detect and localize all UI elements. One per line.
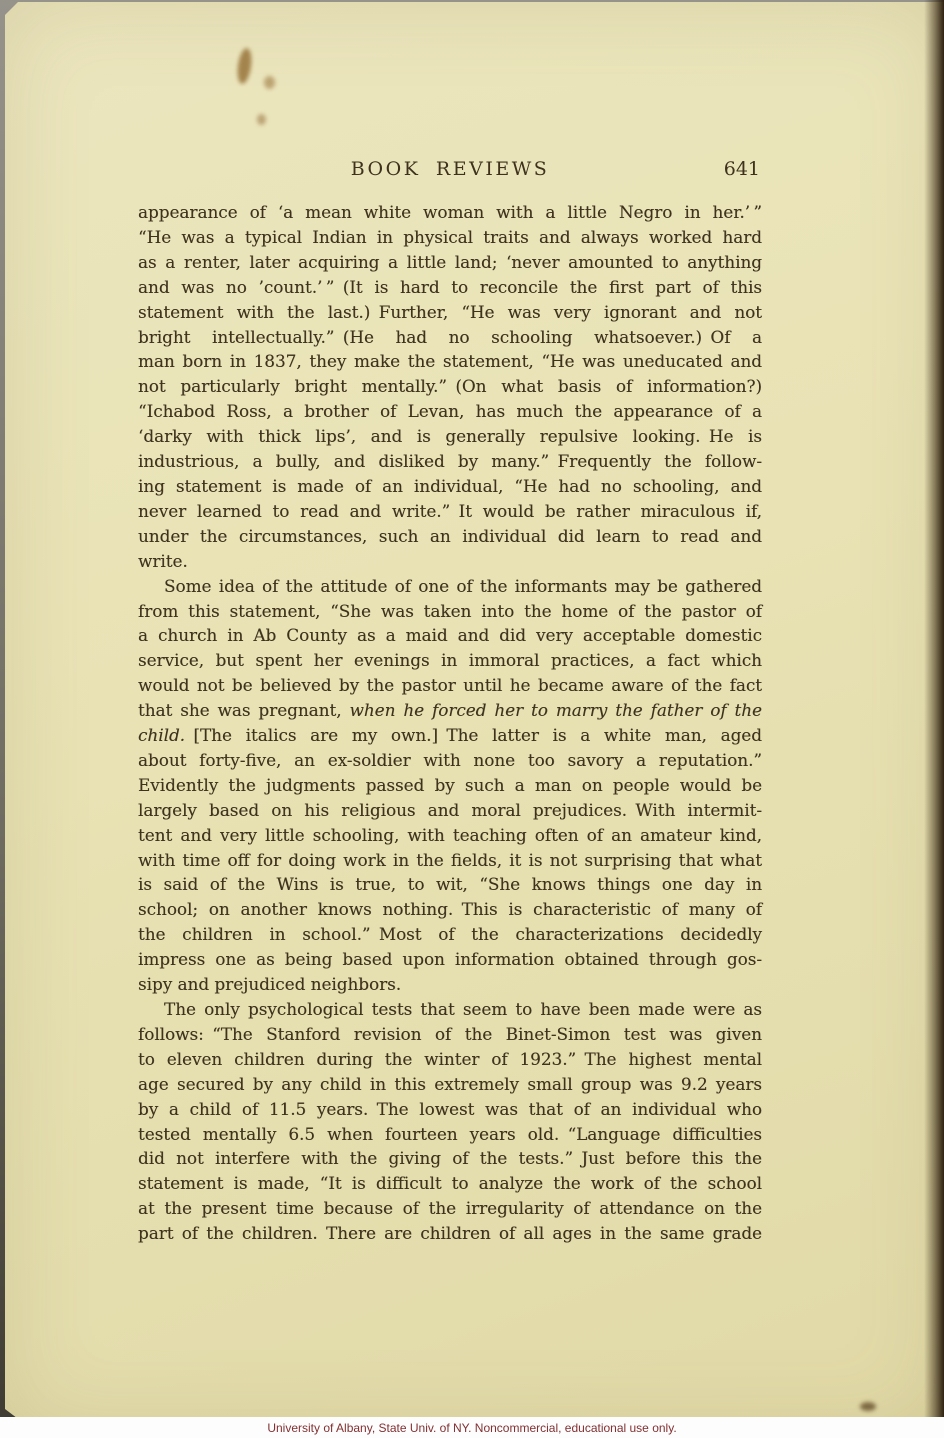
watermark-text: University of Albany, State Univ. of NY.… xyxy=(267,1421,676,1435)
text-segment: appearance of ‘a mean white woman with a… xyxy=(138,202,762,222)
text-segment: Some idea of the attitude of one of the … xyxy=(164,576,762,596)
text-segment: a church in Ab County as a maid and did … xyxy=(138,625,762,645)
text-segment: that she was pregnant, xyxy=(138,700,350,720)
text-segment: would not be believed by the pastor unti… xyxy=(138,675,762,695)
italic-text-segment: when he forced her to marry the father o… xyxy=(350,700,763,720)
text-line: as a renter, later acquiring a little la… xyxy=(138,250,762,275)
text-segment: by a child of 11.5 years. The lowest was… xyxy=(138,1099,762,1119)
text-segment: industrious, a bully, and disliked by ma… xyxy=(138,451,762,471)
text-line: impress one as being based upon informat… xyxy=(138,947,762,972)
text-line: from this statement, “She was taken into… xyxy=(138,599,762,624)
text-segment: age secured by any child in this extreme… xyxy=(138,1074,762,1094)
text-line: tent and very little schooling, with tea… xyxy=(138,823,762,848)
paragraph: appearance of ‘a mean white woman with a… xyxy=(138,200,762,574)
text-segment: did not interfere with the giving of the… xyxy=(138,1148,762,1168)
text-line: industrious, a bully, and disliked by ma… xyxy=(138,449,762,474)
text-segment: bright intellectually.” (He had no schoo… xyxy=(138,327,762,347)
text-line: age secured by any child in this extreme… xyxy=(138,1072,762,1097)
text-line: by a child of 11.5 years. The lowest was… xyxy=(138,1097,762,1122)
text-segment: tent and very little schooling, with tea… xyxy=(138,825,762,845)
text-segment: not particularly bright mentally.” (On w… xyxy=(138,376,762,396)
text-segment: is said of the Wins is true, to wit, “Sh… xyxy=(138,874,762,894)
text-segment: sipy and prejudiced neighbors. xyxy=(138,974,401,994)
text-segment: impress one as being based upon informat… xyxy=(138,949,762,969)
text-line: would not be believed by the pastor unti… xyxy=(138,673,762,698)
stain-mark xyxy=(264,76,275,89)
text-segment: man born in 1837, they make the statemen… xyxy=(138,351,762,371)
text-line: sipy and prejudiced neighbors. xyxy=(138,972,762,997)
text-segment: tested mentally 6.5 when fourteen years … xyxy=(138,1124,762,1144)
text-segment: write. xyxy=(138,551,188,571)
text-segment: and was no ’count.’ ” (It is hard to rec… xyxy=(138,277,762,297)
paragraph: Some idea of the attitude of one of the … xyxy=(138,574,762,997)
text-line: about forty-five, an ex-soldier with non… xyxy=(138,748,762,773)
page-number: 641 xyxy=(724,158,760,180)
text-segment: [The italics are my own.] The latter is … xyxy=(185,725,762,745)
paragraph: The only psychological tests that seem t… xyxy=(138,997,762,1246)
text-line: The only psychological tests that seem t… xyxy=(138,997,762,1022)
text-segment: statement is made, “It is difficult to a… xyxy=(138,1173,762,1193)
text-segment: ‘darky with thick lips’, and is generall… xyxy=(138,426,762,446)
text-line: never learned to read and write.” It wou… xyxy=(138,499,762,524)
text-line: Some idea of the attitude of one of the … xyxy=(138,574,762,599)
text-line: man born in 1837, they make the statemen… xyxy=(138,349,762,374)
book-edge-shadow xyxy=(924,0,944,1417)
page-header: BOOK REVIEWS 641 xyxy=(138,158,762,182)
text-segment: part of the children. There are children… xyxy=(138,1223,762,1243)
text-line: school; on another knows nothing. This i… xyxy=(138,897,762,922)
text-line: did not interfere with the giving of the… xyxy=(138,1146,762,1171)
text-line: ing statement is made of an individual, … xyxy=(138,474,762,499)
page-body: appearance of ‘a mean white woman with a… xyxy=(138,200,762,1246)
text-segment: at the present time because of the irreg… xyxy=(138,1198,762,1218)
text-line: is said of the Wins is true, to wit, “Sh… xyxy=(138,872,762,897)
text-line: largely based on his religious and moral… xyxy=(138,798,762,823)
text-line: ‘darky with thick lips’, and is generall… xyxy=(138,424,762,449)
text-segment: with time off for doing work in the fiel… xyxy=(138,850,762,870)
text-line: statement is made, “It is difficult to a… xyxy=(138,1171,762,1196)
text-line: “Ichabod Ross, a brother of Levan, has m… xyxy=(138,399,762,424)
text-line: to eleven children during the winter of … xyxy=(138,1047,762,1072)
text-segment: follows: “The Stanford revision of the B… xyxy=(138,1024,762,1044)
text-line: follows: “The Stanford revision of the B… xyxy=(138,1022,762,1047)
stain-mark xyxy=(257,114,266,125)
text-segment: service, but spent her evenings in immor… xyxy=(138,650,762,670)
text-line: write. xyxy=(138,549,762,574)
text-line: tested mentally 6.5 when fourteen years … xyxy=(138,1122,762,1147)
text-line: appearance of ‘a mean white woman with a… xyxy=(138,200,762,225)
text-segment: largely based on his religious and moral… xyxy=(138,800,762,820)
text-line: not particularly bright mentally.” (On w… xyxy=(138,374,762,399)
text-line: bright intellectually.” (He had no schoo… xyxy=(138,325,762,350)
running-head-title: BOOK REVIEWS xyxy=(351,158,550,180)
scanned-book-page: BOOK REVIEWS 641 appearance of ‘a mean w… xyxy=(0,0,944,1438)
text-line: under the circumstances, such an individ… xyxy=(138,524,762,549)
text-segment: The only psychological tests that seem t… xyxy=(164,999,762,1019)
text-line: with time off for doing work in the fiel… xyxy=(138,848,762,873)
text-line: the children in school.” Most of the cha… xyxy=(138,922,762,947)
text-line: and was no ’count.’ ” (It is hard to rec… xyxy=(138,275,762,300)
text-column: BOOK REVIEWS 641 appearance of ‘a mean w… xyxy=(138,158,762,1246)
text-segment: as a renter, later acquiring a little la… xyxy=(138,252,762,272)
text-segment: “He was a typical Indian in physical tra… xyxy=(138,227,762,247)
text-segment: “Ichabod Ross, a brother of Levan, has m… xyxy=(138,401,762,421)
text-segment: under the circumstances, such an individ… xyxy=(138,526,762,546)
text-line: Evidently the judgments passed by such a… xyxy=(138,773,762,798)
italic-text-segment: child. xyxy=(138,725,185,745)
text-line: child. [The italics are my own.] The lat… xyxy=(138,723,762,748)
text-segment: ing statement is made of an individual, … xyxy=(138,476,762,496)
text-line: at the present time because of the irreg… xyxy=(138,1196,762,1221)
text-line: statement with the last.) Further, “He w… xyxy=(138,300,762,325)
text-segment: the children in school.” Most of the cha… xyxy=(138,924,762,944)
text-segment: from this statement, “She was taken into… xyxy=(138,601,762,621)
text-line: part of the children. There are children… xyxy=(138,1221,762,1246)
text-line: “He was a typical Indian in physical tra… xyxy=(138,225,762,250)
text-segment: statement with the last.) Further, “He w… xyxy=(138,302,762,322)
text-segment: to eleven children during the winter of … xyxy=(138,1049,762,1069)
text-line: service, but spent her evenings in immor… xyxy=(138,648,762,673)
text-segment: never learned to read and write.” It wou… xyxy=(138,501,762,521)
text-segment: Evidently the judgments passed by such a… xyxy=(138,775,762,795)
text-segment: school; on another knows nothing. This i… xyxy=(138,899,762,919)
watermark-bar: University of Albany, State Univ. of NY.… xyxy=(0,1417,944,1438)
text-segment: about forty-five, an ex-soldier with non… xyxy=(138,750,762,770)
text-line: a church in Ab County as a maid and did … xyxy=(138,623,762,648)
text-line: that she was pregnant, when he forced he… xyxy=(138,698,762,723)
stain-mark xyxy=(860,1402,876,1411)
